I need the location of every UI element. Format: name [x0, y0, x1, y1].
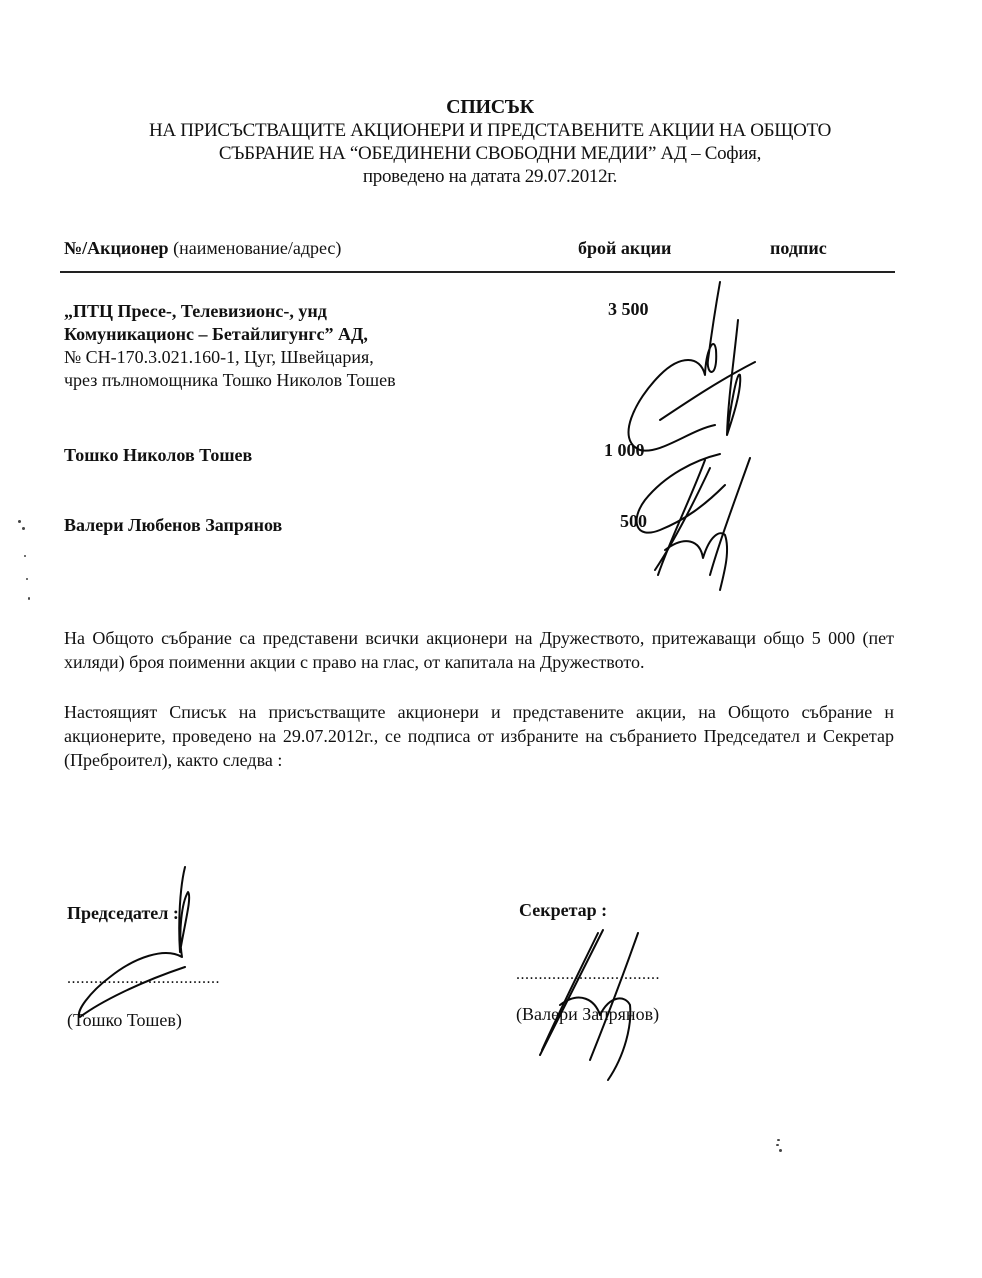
shareholder-name-line: Тошко Николов Тошев: [64, 444, 252, 467]
header-shareholder-plain: (наименование/адрес): [169, 238, 342, 258]
signature-scribble-icon: [530, 925, 650, 1085]
summary-paragraph: На Общото събрание са представени всички…: [64, 626, 894, 674]
signature-scribble-icon: [70, 862, 200, 1022]
scan-artifact: [28, 597, 30, 600]
header-shareholder: №/Акционер (наименование/адрес): [64, 238, 341, 259]
table-row: Валери Любенов Запрянов: [64, 514, 282, 537]
shareholder-name-line: „ПТЦ Пресе-, Телевизионс-, унд: [64, 300, 396, 323]
table-header: №/Акционер (наименование/адрес) брой акц…: [64, 238, 894, 262]
shareholder-name-line: Валери Любенов Запрянов: [64, 514, 282, 537]
secretary-label: Секретар :: [519, 900, 607, 921]
shareholder-address-line: № CH-170.3.021.160-1, Цуг, Швейцария,: [64, 346, 396, 369]
header-divider: [60, 271, 895, 273]
scan-artifact: [776, 1144, 779, 1146]
shareholder-name-line: Комуникационс – Бетайлигунгс” АД,: [64, 323, 396, 346]
signature-scribble-icon: [625, 440, 755, 590]
scan-artifact: [18, 520, 21, 523]
header-signature: подпис: [770, 238, 827, 259]
header-shares: брой акции: [578, 238, 671, 259]
table-row: „ПТЦ Пресе-, Телевизионс-, унд Комуникац…: [64, 300, 396, 392]
scan-artifact: [22, 527, 25, 530]
document-page: СПИСЪК НА ПРИСЪСТВАЩИТЕ АКЦИОНЕРИ И ПРЕД…: [0, 0, 982, 1278]
document-title: СПИСЪК: [80, 96, 900, 119]
scan-artifact: [26, 578, 28, 580]
closing-paragraph: Настоящият Списък на присъстващите акцио…: [64, 700, 894, 772]
scan-artifact: [24, 555, 26, 557]
scan-artifact: [779, 1149, 782, 1152]
document-subtitle-line-1: НА ПРИСЪСТВАЩИТЕ АКЦИОНЕРИ И ПРЕДСТАВЕНИ…: [80, 119, 900, 142]
shareholder-address-line: чрез пълномощника Тошко Николов Тошев: [64, 369, 396, 392]
table-row: Тошко Николов Тошев: [64, 444, 252, 467]
document-title-block: СПИСЪК НА ПРИСЪСТВАЩИТЕ АКЦИОНЕРИ И ПРЕД…: [80, 96, 900, 188]
header-shareholder-bold: №/Акционер: [64, 238, 169, 258]
scan-artifact: [777, 1139, 780, 1141]
document-subtitle-line-2: СЪБРАНИЕ НА “ОБЕДИНЕНИ СВОБОДНИ МЕДИИ” А…: [80, 142, 900, 165]
document-subtitle-line-3: проведено на датата 29.07.2012г.: [80, 165, 900, 188]
